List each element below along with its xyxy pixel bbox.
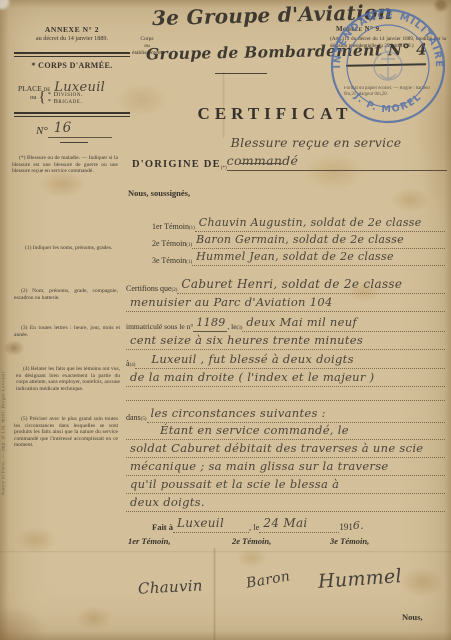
fait-le-label: , le — [249, 522, 259, 533]
printer-imprint: Nancy et Paris. — Imp. et Lib. milit. Be… — [2, 283, 7, 583]
annexe-subheading: au décret du 14 janvier 1889. — [16, 35, 128, 42]
nous-soussignes-label: Nous, soussignés, — [128, 188, 190, 198]
numero-dash — [60, 142, 88, 143]
profession-handwritten: menuisier au Parc d'Aviation 104 — [130, 295, 333, 309]
footnote-4: (4) Relater les faits que les témoins on… — [16, 366, 120, 392]
signature-hummel: Hummel — [317, 565, 402, 593]
profession-row: menuisier au Parc d'Aviation 104 — [126, 295, 445, 312]
wound-detail-handwritten: de la main droite ( l'index et le majeur… — [130, 370, 374, 384]
fait-date-handwritten: 24 Mai — [263, 516, 307, 530]
fait-place-handwritten: Luxeuil — [177, 516, 224, 530]
annexe-heading: ANNEXE N° 2 — [16, 25, 128, 34]
numero-value-handwritten: 16 — [54, 120, 72, 136]
date-continued-row: cent seize à six heures trente minutes — [126, 333, 445, 350]
subtitle-dash — [240, 163, 282, 164]
corps-etab-line1: Corps — [126, 36, 168, 43]
document-page: ANNEXE N° 2 au décret du 14 janvier 1889… — [0, 0, 451, 640]
certificate-title: CERTIFICAT — [125, 104, 425, 124]
ou-division-brigade-block: ou { * Division. * Brigade. — [30, 90, 83, 105]
brace-glyph: { — [39, 90, 46, 105]
ou-label: ou — [30, 94, 37, 101]
narrative-text-3: mécanique ; sa main glissa sur la traver… — [130, 459, 389, 473]
narrative-line-5: deux doigts. — [126, 496, 445, 512]
narrative-line-3: mécanique ; sa main glissa sur la traver… — [126, 460, 445, 476]
witness-2-label: 2e Témoin — [152, 239, 186, 249]
subtitle-label: D'ORIGINE DE — [132, 159, 221, 171]
date-part1-handwritten: deux Mai mil neuf — [246, 315, 357, 329]
signature-label-3: 3e Témoin, — [330, 536, 369, 546]
place-of-injury-row: à (4) Luxeuil , fut blessé à deux doigts — [126, 351, 445, 369]
wound-detail-row: de la main droite ( l'index et le majeur… — [126, 370, 445, 387]
footnote-3: (3) En toutes lettres : heure, jour, moi… — [14, 325, 120, 338]
fait-year-handwritten: 6. — [353, 519, 364, 533]
witness-1-name-handwritten: Chauvin Augustin, soldat de 2e classe — [199, 216, 422, 229]
witness-3-name-handwritten: Hummel Jean, soldat de 2e classe — [196, 250, 394, 263]
signature-label-1: 1er Témoin, — [128, 536, 171, 546]
witness-2-name-handwritten: Baron Germain, soldat de 2e classe — [196, 233, 404, 246]
certify-row: Certifions que (2) Caburet Henri, soldat… — [126, 276, 445, 294]
matricule-value-handwritten: 1189 — [196, 316, 225, 329]
narrative-line-1: Étant en service commandé, le — [126, 424, 445, 440]
blank-dotted-line — [126, 400, 445, 401]
double-rule-top — [14, 52, 130, 57]
footnote-star: (*) Blessure ou de maladie. — Indiquer s… — [12, 155, 118, 175]
certify-name-handwritten: Caburet Henri, soldat de 2e classe — [181, 277, 402, 291]
matricule-row: immatriculé sous le n° 1189 , le (3) deu… — [126, 314, 445, 332]
narrative-line-4: qu'il poussait et la scie le blessa à — [126, 478, 445, 494]
stamp-emblem — [374, 46, 402, 80]
unit-field-rule — [215, 73, 267, 74]
nous-bottom-label: Nous, — [402, 612, 423, 622]
witness-3-label: 3e Témoin — [152, 256, 186, 266]
brigade-label: * Brigade. — [48, 98, 83, 105]
fait-label: Fait à — [152, 522, 173, 533]
signature-label-2: 2e Témoin, — [232, 536, 271, 546]
double-rule-bottom — [14, 112, 130, 117]
fait-year-printed: 191 — [339, 522, 353, 533]
signature-chauvin: Chauvin — [138, 576, 204, 597]
injury-place-handwritten: Luxeuil , fut blessé à deux doigts — [151, 352, 353, 366]
footnote-2: (2) Nom, prénoms, grade, compagnie, esca… — [14, 288, 118, 301]
circumstances-intro-handwritten: les circonstances suivantes : — [151, 406, 326, 420]
narrative-text-1: Étant en service commandé, le — [160, 423, 349, 437]
numero-label: N° — [36, 125, 48, 138]
numero-row: N° 16 — [36, 119, 112, 138]
signature-baron: Baron — [245, 568, 291, 591]
certificate-subtitle-row: D'ORIGINE DE (*) Blessure reçue en servi… — [132, 134, 447, 171]
narrative-line-2: soldat Caburet débitait des traverses à … — [126, 442, 445, 458]
vertical-fold-crease — [213, 548, 216, 640]
footnote-5: (5) Préciser avec le plus grand soin tou… — [14, 416, 118, 449]
horizontal-fold-crease — [0, 551, 451, 553]
witness-1-label: 1er Témoin — [152, 222, 189, 232]
narrative-text-4: qu'il poussait et la scie le blessa à — [130, 477, 339, 491]
witness-3-row: 3e Témoin (1) Hummel Jean, soldat de 2e … — [152, 250, 445, 266]
division-label: * Division. — [48, 91, 83, 98]
narrative-text-2: soldat Caburet débitait des traverses à … — [130, 441, 423, 455]
footnote-1: (1) Indiquer les noms, prénoms, grades. — [18, 245, 118, 252]
corps-armee-label: * CORPS D'ARMÉE. — [16, 61, 128, 70]
narrative-text-5: deux doigts. — [130, 495, 205, 509]
date-part2-handwritten: cent seize à six heures trente minutes — [130, 333, 363, 347]
fait-a-row: Fait à Luxeuil , le 24 Mai 191 6. — [152, 515, 404, 533]
